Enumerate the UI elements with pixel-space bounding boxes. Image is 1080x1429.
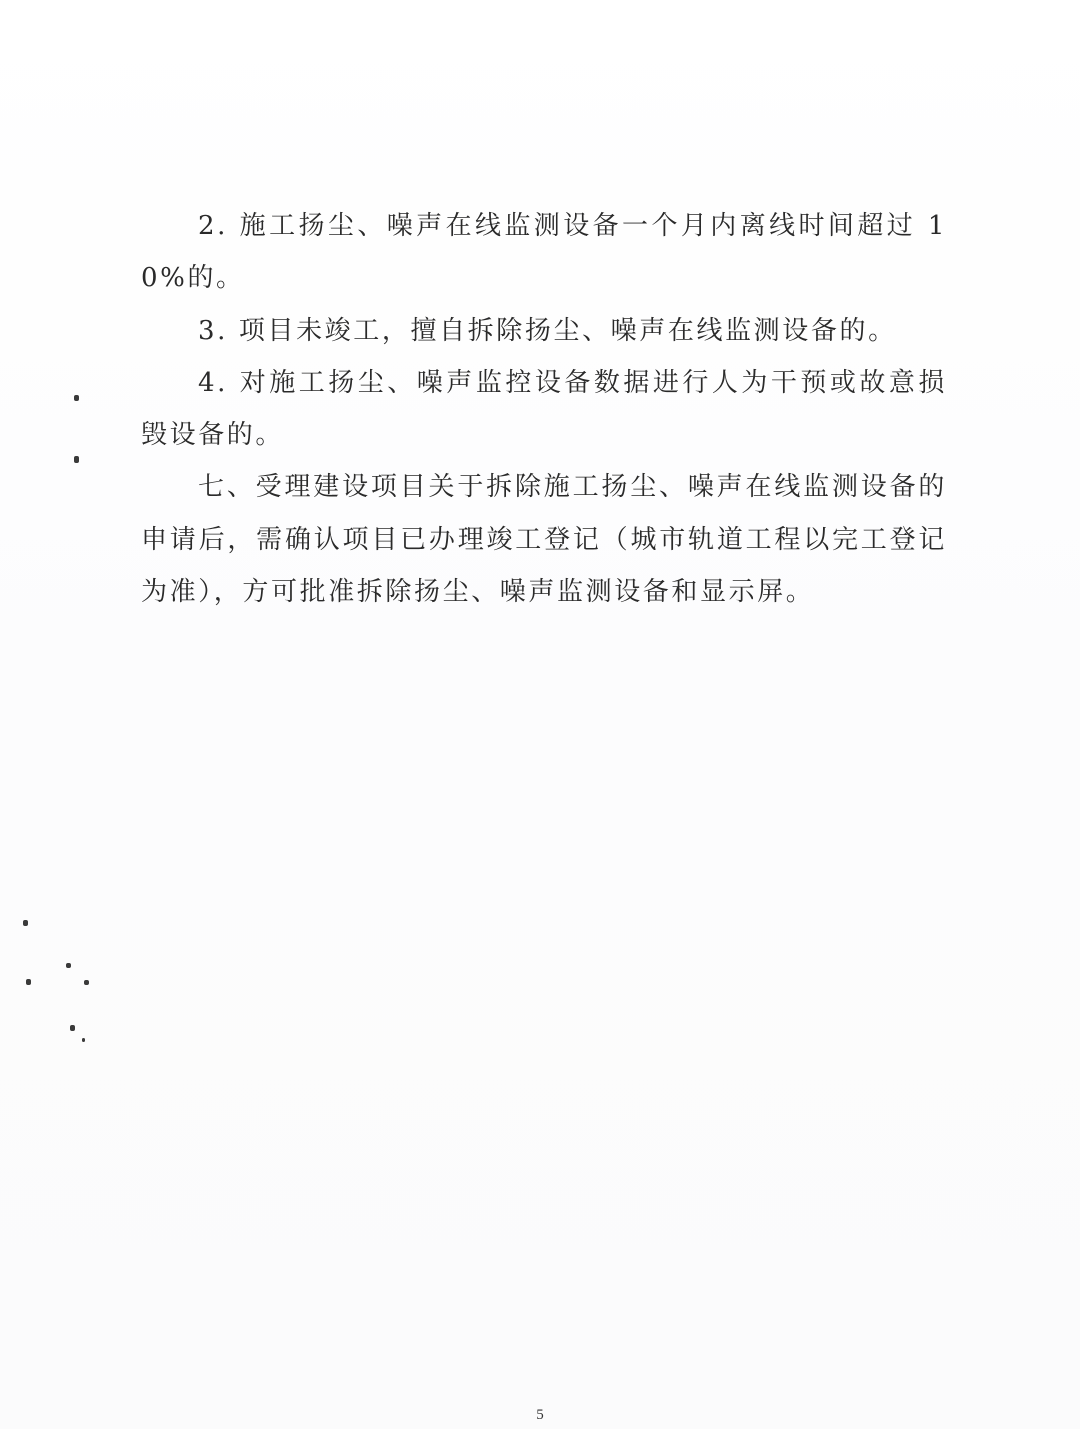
scan-speck	[66, 963, 71, 968]
list-item-4: 4. 对施工扬尘、噪声监控设备数据进行人为干预或故意损毁设备的。	[141, 357, 947, 462]
list-item-2: 2. 施工扬尘、噪声在线监测设备一个月内离线时间超过 10%的。	[141, 200, 947, 305]
scan-speck	[82, 1038, 85, 1042]
scan-speck	[23, 920, 28, 926]
page-number: 5	[0, 1407, 1080, 1424]
scan-speck	[70, 1025, 75, 1031]
scan-speck	[26, 979, 31, 985]
section-seven-paragraph: 七、受理建设项目关于拆除施工扬尘、噪声在线监测设备的申请后，需确认项目已办理竣工…	[141, 461, 947, 618]
document-page: 2. 施工扬尘、噪声在线监测设备一个月内离线时间超过 10%的。 3. 项目未竣…	[0, 0, 1080, 1429]
scan-speck	[74, 456, 79, 463]
scan-speck	[74, 395, 79, 401]
scan-speck	[84, 980, 89, 985]
list-item-3: 3. 项目未竣工，擅自拆除扬尘、噪声在线监测设备的。	[141, 305, 947, 357]
document-body: 2. 施工扬尘、噪声在线监测设备一个月内离线时间超过 10%的。 3. 项目未竣…	[141, 200, 947, 618]
